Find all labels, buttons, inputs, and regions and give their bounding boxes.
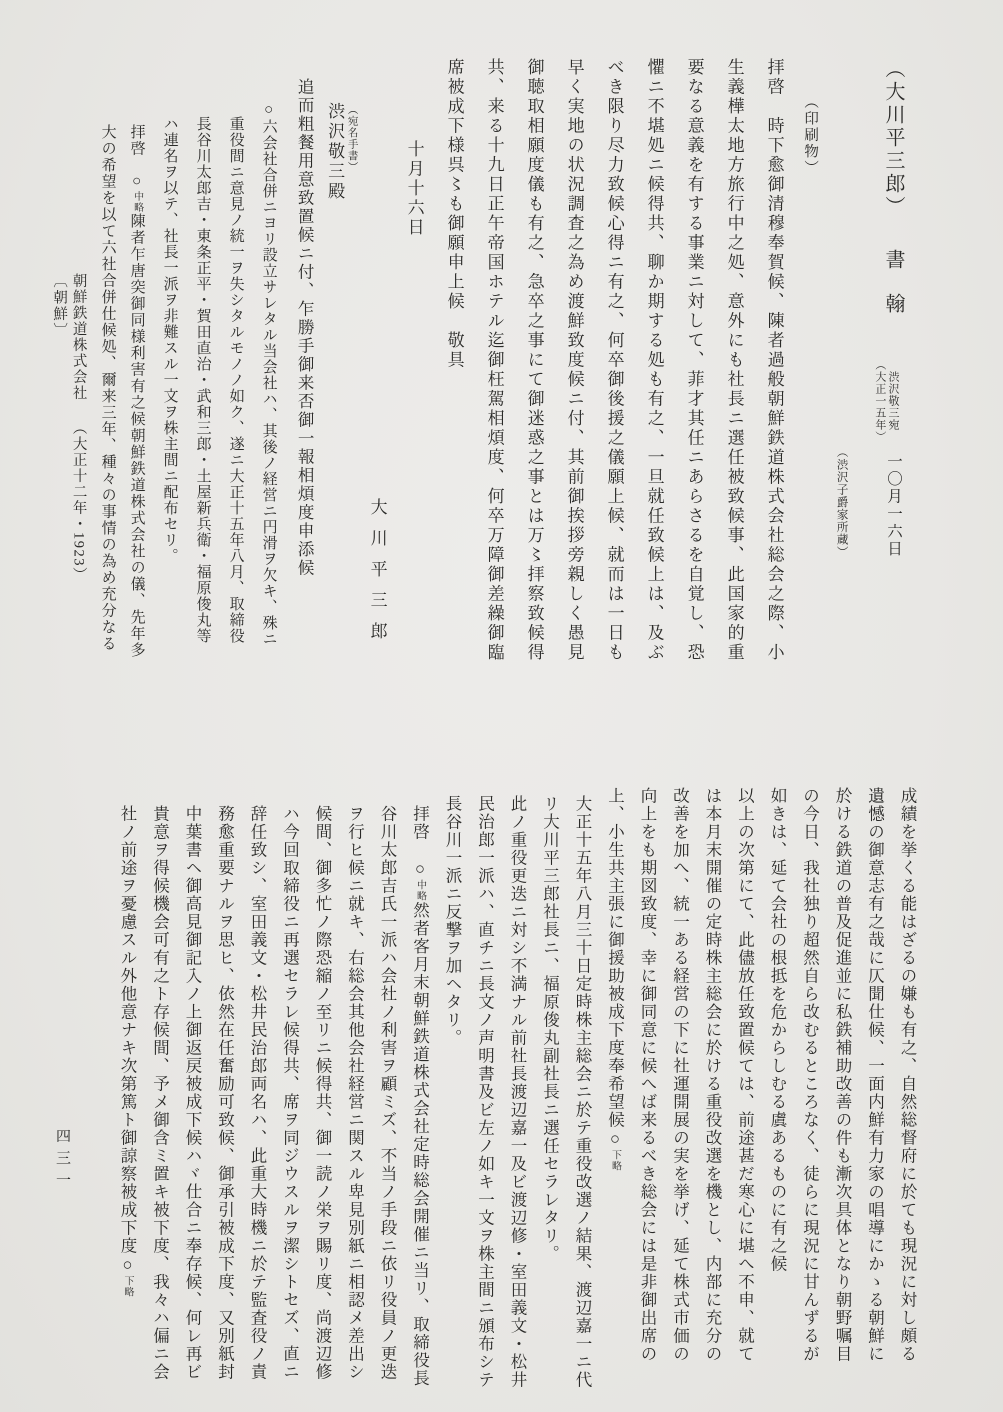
document-heading: （大川平三郎） 書翰 渋沢敬三宛 （大正一五年） 一〇月一六日: [873, 58, 903, 672]
text-column: 拝啓 ○中略然者客月末朝鮮鉄道株式会社定時総会開催ニ当リ、取締役長: [411, 787, 428, 1395]
heading-annotation: 渋沢敬三宛 （大正一五年）: [873, 359, 899, 443]
text-column: 要なる意義を有する事業ニ対して、菲才其任ニあらさるを自覚し、恐: [686, 58, 703, 672]
text-column: 如きは、延て会社の根抵を危からしむる虞あるものに有之候: [769, 787, 786, 1395]
text-column: 共、来る十九日正午帝国ホテル迄御枉駕相煩度、何卒万障御差繰御臨: [486, 58, 503, 672]
page-number: 四三一: [52, 1128, 73, 1194]
scanned-page: { "palette": {"paper": "#e9e8e5", "ink":…: [0, 0, 1003, 1412]
continuation-section: 成績を挙くる能はざるの嫌も有之、自然総督府に於ても現況に対し頗る遺憾の御意志有之…: [95, 787, 915, 1395]
text-column: 重役間ニ意見ノ統一ヲ失シタルモノノ如ク、遂ニ大正十五年八月、取締役: [228, 58, 243, 672]
source-category-tag: 〔朝鮮〕: [52, 58, 67, 672]
text-column: 以上の次第にて、此儘放任致置候ては、前途甚だ寒心に堪へ不申、就て: [736, 787, 753, 1395]
text-column: 長谷川一派ニ反撃ヲ加ヘタリ。: [444, 787, 461, 1395]
text-column: 此ノ重役更迭ニ対シ不満ナル前社長渡辺嘉一及ビ渡辺修・室田義文・松井: [509, 787, 526, 1395]
text-column: 上、小生共主張に御援助被成下度奉希望候○下略: [606, 787, 623, 1395]
text-column: 成績を挙くる能はざるの嫌も有之、自然総督府に於ても現況に対し頗る: [899, 787, 916, 1395]
author-name: （大川平三郎）: [883, 58, 903, 219]
text-column: 早く実地の状況調査之為め渡鮮致度候ニ付、其前御挨拶旁親しく愚見: [566, 58, 583, 672]
text-column: ハ連名ヲ以テ、社長一派ヲ非難スル一文ヲ株主間ニ配布セリ。: [162, 58, 177, 672]
material-type-note: （印刷物）: [803, 58, 818, 672]
text-column: 拝啓 時下愈御清穆奉賀候、陳者過般朝鮮鉄道株式会社総会之際、小: [766, 58, 783, 672]
text-column: 中葉書ヘ御高見御記入ノ上御返戻被成下候ハヾ仕合ニ奉存候、何レ再ビ: [184, 787, 201, 1395]
text-column: 向上をも期図致度、幸に御同意に候へば来るべき総会には是非御出席の: [639, 787, 656, 1395]
text-column: 貴意ヲ得候機会可有之ト存候間、予メ御含ミ置キ被下度、我々ハ偏ニ会: [151, 787, 168, 1395]
text-column: は本月末開催の定時株主総会に於ける重役改選を機とし、内部に充分の: [704, 787, 721, 1395]
postscript-line: 追而粗餐用意致置候ニ付、乍勝手御来否御一報相煩度申添候: [296, 58, 313, 672]
addressee-label: 渋沢敬三宛: [886, 371, 899, 431]
text-column: 懼ニ不堪処ニ候得共、聊か期する処も有之、一旦就任致候上は、及ぶ: [646, 58, 663, 672]
text-column: 長谷川太郎吉・東条正平・賀田直治・武和三郎・土屋新兵衛・福原俊丸等: [195, 58, 210, 672]
text-column: 大の希望を以て六社合併仕候処、爾来三年、種々の事情の為め充分なる: [100, 58, 115, 672]
source-citation: 朝鮮鉄道株式会社 （大正十二年・1923）: [71, 58, 86, 672]
heading-date: 一〇月一六日: [886, 453, 902, 558]
text-column: の今日、我社独り超然自ら改むるところなく、徒らに現況に甘んずるが: [801, 787, 818, 1395]
text-column: リ大川平三郎社長ニ、福原俊丸副社長ニ選任セラレタリ。: [541, 787, 558, 1395]
text-column: べき限り尽力致候心得ニ有之、何卒御後援之儀願上候、就而は一日も: [606, 58, 623, 672]
provenance-note: （渋沢子爵家所蔵）: [835, 58, 847, 672]
text-column: ○六会社合併ニヨリ設立サレタル当会社ハ、其後ノ経営ニ円滑ヲ欠キ、殊ニ: [261, 58, 276, 672]
source-publication: 朝鮮鉄道株式会社: [71, 273, 87, 401]
addressee-handwritten-note: （宛名手書）: [346, 58, 357, 672]
text-column: 席被成下様呉〻も御願申上候 敬具: [446, 58, 463, 672]
era-year-label: （大正一五年）: [873, 359, 886, 443]
text-column: 谷川太郎吉氏一派ハ会社ノ利害ヲ顧ミズ、不当ノ手段ニ依リ役員ノ更迭: [379, 787, 396, 1395]
letter-section: （大川平三郎） 書翰 渋沢敬三宛 （大正一五年） 一〇月一六日 （渋沢子爵家所蔵…: [30, 58, 903, 672]
document-type-title: 書翰: [883, 249, 903, 337]
text-column: 民治郎一派ハ、直チニ長文ノ声明書及ビ左ノ如キ一文ヲ株主間ニ頒布シテ: [476, 787, 493, 1395]
text-column: 生義樺太地方旅行中之処、意外にも社長ニ選任被致候事、此国家的重: [726, 58, 743, 672]
text-column: ヲ行ヒ候ニ就キ、右総会其他会社経営ニ関スル卑見別紙ニ相認メ差出シ: [346, 787, 363, 1395]
text-column: 於ける鉄道の普及促進並に私鉄補助改善の件も漸次具体となり朝野嘱目: [834, 787, 851, 1395]
text-column: 遺憾の御意志有之哉に仄聞仕候、一面内鮮有力家の唱導にかゝる朝鮮に: [866, 787, 883, 1395]
text-column: 改善を加へ、統一ある経営の下に社運開展の実を挙げ、延て株式市価の: [671, 787, 688, 1395]
text-column: 社ノ前途ヲ憂慮スル外他意ナキ次第篤ト御諒察被成下度○下略: [119, 787, 136, 1395]
text-column: 御聴取相願度儀も有之、急卒之事にて御迷惑之事とは万〻拝察致候得: [526, 58, 543, 672]
text-column: 拝啓 ○中略陳者乍唐突御同様利害有之候朝鮮鉄道株式会社の儀、先年多: [129, 58, 144, 672]
text-column: 大正十五年八月三十日定時株主総会ニ於テ重役改選ノ結果、渡辺嘉一ニ代: [574, 787, 591, 1395]
text-column: 務愈重要ナルヲ思ヒ、依然在任奮励可致候、御承引被成下度、又別紙封: [216, 787, 233, 1395]
signature: 大川平三郎: [369, 58, 386, 672]
source-year: （大正十二年・1923）: [71, 420, 86, 583]
addressee-name: 渋沢敬三殿: [326, 58, 343, 672]
text-column: 辞任致シ、室田義文・松井民治郎両名ハ、此重大時機ニ於テ監査役ノ責: [249, 787, 266, 1395]
letter-date-line: 十月十六日: [406, 58, 423, 672]
text-column: 候間、御多忙ノ際恐縮ノ至リニ候得共、御一読ノ栄ヲ賜リ度、尚渡辺修: [314, 787, 331, 1395]
text-column: ハ今回取締役ニ再選セラレ候得共、席ヲ同ジウスルヲ潔シトセズ、直ニ: [281, 787, 298, 1395]
